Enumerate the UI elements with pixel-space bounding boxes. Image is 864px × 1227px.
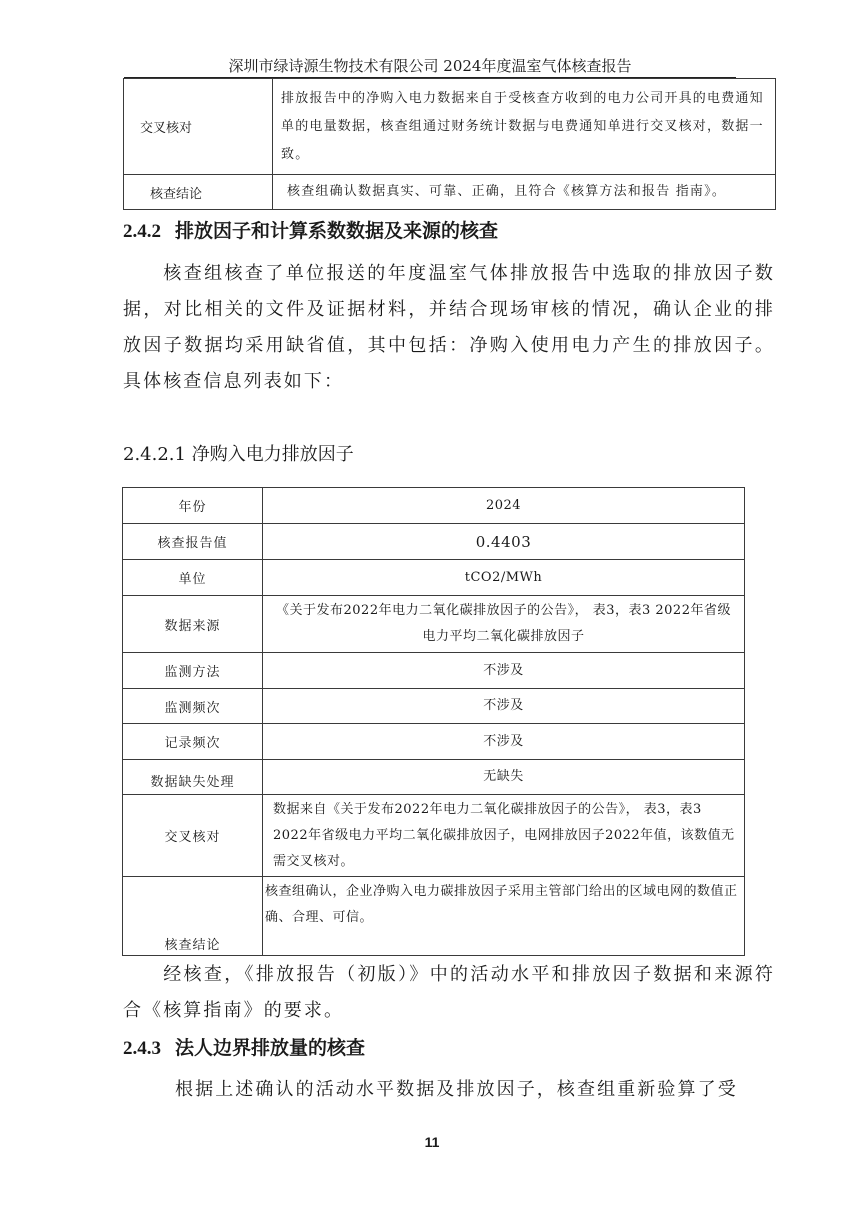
row-label: 记录频次 [123, 724, 263, 760]
cross-check-table-continued: 交叉核对 排放报告中的净购入电力数据来自于受核查方收到的电力公司开具的电费通知单… [123, 78, 776, 210]
section-heading-2-4-3: 2.4.3法人边界排放量的核查 [123, 1036, 365, 1061]
row-value: 数据来自《关于发布2022年电力二氧化碳排放因子的公告》， 表3，表3 2022… [263, 795, 745, 877]
table-row: 监测频次 不涉及 [123, 689, 745, 724]
table-row: 单位 tCO2/MWh [123, 560, 745, 596]
page-number: 11 [0, 1134, 864, 1150]
row-label: 数据缺失处理 [123, 760, 263, 795]
paragraph-text: 核查组核查了单位报送的年度温室气体排放报告中选取的排放因子数据，对比相关的文件及… [123, 263, 775, 392]
table-row: 交叉核对 排放报告中的净购入电力数据来自于受核查方收到的电力公司开具的电费通知单… [124, 79, 776, 175]
row-label: 核查报告值 [123, 524, 263, 560]
row-label: 单位 [123, 560, 263, 596]
section-heading-2-4-2: 2.4.2排放因子和计算系数数据及来源的核查 [123, 219, 498, 244]
section-number: 2.4.3 [123, 1038, 161, 1059]
table-row: 交叉核对 数据来自《关于发布2022年电力二氧化碳排放因子的公告》， 表3，表3… [123, 795, 745, 877]
table-row: 数据来源 《关于发布2022年电力二氧化碳排放因子的公告》， 表3，表3 202… [123, 596, 745, 653]
table-row: 核查报告值 0.4403 [123, 524, 745, 560]
running-header: 深圳市绿诗源生物技术有限公司 2024年度温室气体核查报告 [124, 56, 736, 78]
row-value: 核查组确认数据真实、可靠、正确，且符合《核算方法和报告 指南》。 [273, 175, 776, 210]
row-label: 监测频次 [123, 689, 263, 724]
row-label: 年份 [123, 488, 263, 524]
section-number: 2.4.2 [123, 221, 161, 242]
table-row: 数据缺失处理 无缺失 [123, 760, 745, 795]
row-label: 数据来源 [123, 596, 263, 653]
row-label: 监测方法 [123, 653, 263, 689]
table-row: 核查结论 核查组确认数据真实、可靠、正确，且符合《核算方法和报告 指南》。 [124, 175, 776, 210]
subsection-heading-2-4-2-1: 2.4.2.1 净购入电力排放因子 [123, 443, 354, 467]
section-2-4-3-paragraph: 根据上述确认的活动水平数据及排放因子，核查组重新验算了受 [123, 1072, 775, 1108]
paragraph-text: 经核查，《排放报告（初版）》中的活动水平和排放因子数据和来源符合《核算指南》的要… [123, 964, 775, 1021]
conclusion-paragraph: 经核查，《排放报告（初版）》中的活动水平和排放因子数据和来源符合《核算指南》的要… [123, 957, 775, 1029]
row-value: 《关于发布2022年电力二氧化碳排放因子的公告》， 表3，表3 2022年省级电… [263, 596, 745, 653]
row-label: 交叉核对 [123, 795, 263, 877]
paragraph-text: 根据上述确认的活动水平数据及排放因子，核查组重新验算了受 [175, 1079, 738, 1100]
row-label: 核查结论 [123, 877, 263, 956]
row-value: 排放报告中的净购入电力数据来自于受核查方收到的电力公司开具的电费通知单的电量数据… [273, 79, 776, 175]
table-row: 记录频次 不涉及 [123, 724, 745, 760]
row-value: 0.4403 [263, 524, 745, 560]
row-value: tCO2/MWh [263, 560, 745, 596]
section-title: 法人边界排放量的核查 [175, 1037, 365, 1059]
row-value: 不涉及 [263, 653, 745, 689]
section-2-4-2-paragraph: 核查组核查了单位报送的年度温室气体排放报告中选取的排放因子数据，对比相关的文件及… [123, 256, 775, 400]
row-value: 核查组确认，企业净购入电力碳排放因子采用主管部门给出的区域电网的数值正确、合理、… [263, 877, 745, 956]
row-value: 2024 [263, 488, 745, 524]
row-value: 不涉及 [263, 689, 745, 724]
row-value: 无缺失 [263, 760, 745, 795]
section-title: 排放因子和计算系数数据及来源的核查 [175, 220, 498, 242]
row-label: 核查结论 [124, 175, 273, 210]
table-row: 年份 2024 [123, 488, 745, 524]
table-row: 核查结论 核查组确认，企业净购入电力碳排放因子采用主管部门给出的区域电网的数值正… [123, 877, 745, 956]
row-value: 不涉及 [263, 724, 745, 760]
electricity-emission-factor-table: 年份 2024 核查报告值 0.4403 单位 tCO2/MWh 数据来源 《关… [122, 487, 745, 956]
row-label: 交叉核对 [124, 79, 273, 175]
table-row: 监测方法 不涉及 [123, 653, 745, 689]
